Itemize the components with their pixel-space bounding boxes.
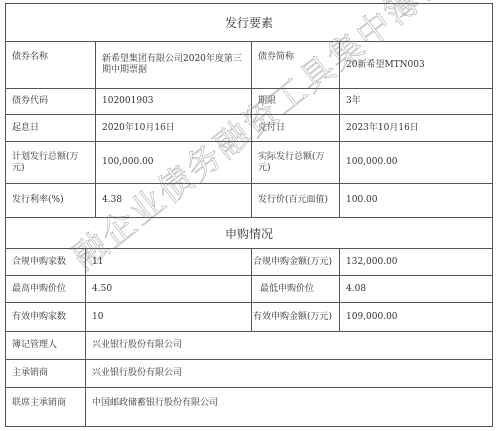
valid-amount-value: 109,000.00 bbox=[339, 303, 492, 331]
compliant-bidders-value: 11 bbox=[85, 249, 251, 275]
planned-amount-label: 计划发行总额(万元) bbox=[6, 142, 95, 183]
bookrunner-label: 簿记管理人 bbox=[6, 332, 85, 359]
table-row: 债券名称 新希望集团有限公司2020年度第三期中期票据 债券简称 20新希望MT… bbox=[6, 41, 492, 88]
table-row: 主承销商 兴业银行股份有限公司 bbox=[6, 359, 492, 387]
issue-price-label: 发行价(百元面值) bbox=[251, 184, 339, 217]
lowest-bid-value: 4.08 bbox=[339, 276, 492, 302]
bookrunner-value: 兴业银行股份有限公司 bbox=[85, 332, 492, 359]
issuance-title-row: 发行要素 bbox=[6, 4, 492, 41]
issue-price-value: 100.00 bbox=[339, 184, 492, 217]
highest-bid-label: 最高申购价位 bbox=[6, 276, 85, 302]
compliant-amount-label: 合规申购金额(万元) bbox=[251, 249, 339, 275]
actual-amount-label: 实际发行总额(万元) bbox=[251, 142, 339, 183]
bond-short-name-value: 20新希望MTN003 bbox=[339, 42, 492, 88]
subscription-title-row: 申购情况 bbox=[6, 217, 492, 248]
joint-underwriter-value: 中国邮政储蓄银行股份有限公司 bbox=[85, 388, 492, 426]
bond-code-value: 102001903 bbox=[95, 89, 251, 114]
bond-short-name-label: 债券简称 bbox=[251, 42, 339, 88]
table-row: 发行利率(%) 4.38 发行价(百元面值) 100.00 bbox=[6, 183, 492, 217]
highest-bid-value: 4.50 bbox=[85, 276, 251, 302]
planned-amount-value: 100,000.00 bbox=[95, 142, 251, 183]
issuance-title: 发行要素 bbox=[6, 4, 492, 41]
table-row: 簿记管理人 兴业银行股份有限公司 bbox=[6, 331, 492, 359]
maturity-date-label: 兑付日 bbox=[251, 115, 339, 141]
bond-name-label: 债券名称 bbox=[6, 42, 95, 88]
table-row: 合规申购家数 11 合规申购金额(万元) 132,000.00 bbox=[6, 248, 492, 275]
value-date-value: 2020年10月16日 bbox=[95, 115, 251, 141]
table-row: 计划发行总额(万元) 100,000.00 实际发行总额(万元) 100,000… bbox=[6, 141, 492, 183]
valid-bidders-value: 10 bbox=[85, 303, 251, 331]
coupon-rate-value: 4.38 bbox=[95, 184, 251, 217]
term-value: 3年 bbox=[339, 89, 492, 114]
joint-underwriter-label: 联席主承销商 bbox=[6, 388, 85, 426]
coupon-rate-label: 发行利率(%) bbox=[6, 184, 95, 217]
lead-underwriter-label: 主承销商 bbox=[6, 360, 85, 387]
compliant-bidders-label: 合规申购家数 bbox=[6, 249, 85, 275]
actual-amount-value: 100,000.00 bbox=[339, 142, 492, 183]
valid-bidders-label: 有效申购家数 bbox=[6, 303, 85, 331]
table-row: 债券代码 102001903 期限 3年 bbox=[6, 88, 492, 114]
bond-issuance-table: 发行要素 债券名称 新希望集团有限公司2020年度第三期中期票据 债券简称 20… bbox=[5, 3, 493, 427]
table-row: 联席主承销商 中国邮政储蓄银行股份有限公司 bbox=[6, 387, 492, 426]
maturity-date-value: 2023年10月16日 bbox=[339, 115, 492, 141]
bond-code-label: 债券代码 bbox=[6, 89, 95, 114]
table-row: 起息日 2020年10月16日 兑付日 2023年10月16日 bbox=[6, 114, 492, 141]
value-date-label: 起息日 bbox=[6, 115, 95, 141]
term-label: 期限 bbox=[251, 89, 339, 114]
subscription-title: 申购情况 bbox=[6, 218, 492, 248]
bond-name-value: 新希望集团有限公司2020年度第三期中期票据 bbox=[95, 42, 251, 88]
compliant-amount-value: 132,000.00 bbox=[339, 249, 492, 275]
table-row: 有效申购家数 10 有效申购金额(万元) 109,000.00 bbox=[6, 302, 492, 331]
lead-underwriter-value: 兴业银行股份有限公司 bbox=[85, 360, 492, 387]
valid-amount-label: 有效申购金额(万元) bbox=[251, 303, 339, 331]
table-row: 最高申购价位 4.50 最低申购价位 4.08 bbox=[6, 275, 492, 302]
lowest-bid-label: 最低申购价位 bbox=[251, 276, 339, 302]
